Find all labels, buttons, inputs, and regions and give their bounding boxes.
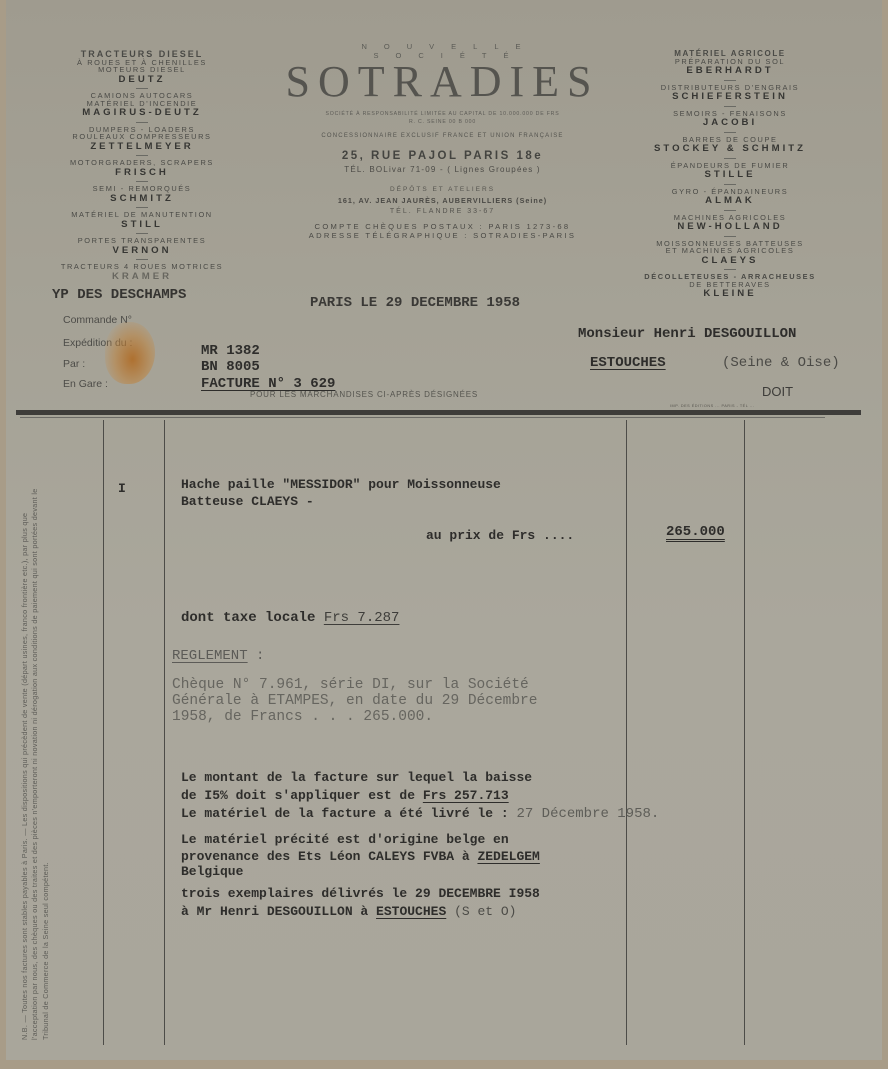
company-phone: TÉL. BOLivar 71-09 - ( Lignes Groupées ) [270,165,615,174]
brand-vernon: Portes transparentes VERNON [52,237,232,255]
brand-stockey-schmitz: Barres de coupe STOCKEY & SCHMITZ [640,136,820,154]
brand-new-holland: Machines agricoles NEW-HOLLAND [640,214,820,232]
label-en-gare: En Gare : [63,378,108,390]
separator [136,88,148,89]
brand-claeys: Moissonneuses batteuses et machines agri… [640,240,820,265]
separator [724,158,736,159]
brand-stille: Épandeurs de fumier STILLE [640,162,820,180]
legal-info: SOCIÉTÉ À RESPONSABILITÉ LIMITÉE AU CAPI… [270,111,615,127]
separator [724,106,736,107]
brand-eberhardt: Matériel agricole préparation du sol EBE… [640,50,820,76]
right-brand-list: Matériel agricole préparation du sol EBE… [640,50,820,303]
brand-kleine: Décolleteuses - Arracheuses de betterave… [640,273,820,298]
separator [136,155,148,156]
line-item-quantity: I [118,481,126,496]
invoice-subtitle: POUR LES MARCHANDISES CI-APRÈS DÉSIGNÉES [250,390,478,399]
separator [724,269,736,270]
line-item-description-2: Batteuse CLAEYS - [181,494,314,509]
brand-jacobi: Semoirs - Fenaisons JACOBI [640,110,820,128]
header-divider-thin [20,417,825,418]
separator [724,236,736,237]
local-tax-amount: Frs 7.287 [324,610,400,626]
postal-account: COMPTE CHÈQUES POSTAUX : PARIS 1273-68 A… [270,222,615,241]
brand-schieferstein: Distributeurs d'engrais SCHIEFERSTEIN [640,84,820,102]
line-item-description-1: Hache paille "MESSIDOR" pour Moissonneus… [181,477,501,492]
separator [724,80,736,81]
delivery-date: 27 Décembre 1958. [516,806,659,822]
brand-magirus: Camions Autocars Matériel d'incendie MAG… [52,92,232,117]
invoice-date: PARIS LE 29 DECEMBRE 1958 [310,295,520,311]
doit-label: DOIT [762,384,793,399]
note-line-1: Le montant de la facture sur lequel la b… [181,770,532,785]
separator [724,132,736,133]
printer-credit: IMP. DES ÉDITIONS ... PARIS - TÉL ... [670,404,754,408]
depots-phone: TÉL. FLANDRE 33-67 [270,208,615,215]
note-line-8: à Mr Henri DESGOUILLON à ESTOUCHES (S et… [181,903,516,919]
depots-title: DÉPÔTS ET ATELIERS [270,186,615,193]
recipient-name: Monsieur Henri DESGOUILLON [578,326,796,342]
column-line-qty-right [164,420,165,1045]
column-line-qty-left [103,420,104,1045]
margin-conditions-note: N.B. — Toutes nos factures sont stables … [20,480,51,1040]
ref-mr: MR 1382 [201,343,260,359]
company-header: NOUVELLE SOCIÉTÉ SOTRADIES SOCIÉTÉ À RES… [270,42,615,241]
separator [136,207,148,208]
company-logo: SOTRADIES [270,60,615,104]
origin-place: ZEDELGEM [477,849,539,864]
left-brand-list: Tracteurs Diesel à roues et à chenilles … [52,50,232,285]
brand-almak: Gyro - Épandaineurs ALMAK [640,188,820,206]
header-divider [16,410,861,415]
note-line-4: Le matériel précité est d'origine belge … [181,832,509,847]
payment-line-2: Générale à ETAMPES, en date du 29 Décemb… [172,693,537,709]
discount-base-amount: Frs 257.713 [423,788,509,803]
brand-kramer: Tracteurs 4 roues motrices KRAMER [52,263,232,281]
note-line-5: provenance des Ets Léon CALEYS FVBA à ZE… [181,848,540,864]
depots-address: 161, AV. JEAN JAURÈS, AUBERVILLIERS (Sei… [270,196,615,205]
separator [724,184,736,185]
recipient-region: (Seine & Oise) [722,355,840,371]
separator [724,210,736,211]
note-line-6: Belgique [181,864,243,879]
concession-line: CONCESSIONNAIRE EXCLUSIF FRANCE ET UNION… [270,133,615,139]
separator [136,181,148,182]
local-tax: dont taxe locale Frs 7.287 [181,608,399,626]
payment-line-1: Chèque N° 7.961, série DI, sur la Sociét… [172,677,529,693]
column-line-unit-left [626,420,627,1045]
brand-still: Matériel de manutention STILL [52,211,232,229]
note-line-2: de I5% doit s'appliquer est de Frs 257.7… [181,787,509,803]
brand-frisch: Motorgraders, Scrapers FRISCH [52,159,232,177]
column-line-amount-left [744,420,745,1045]
delivery-place: ESTOUCHES [376,904,446,919]
line-item-price: 265.000 [666,524,725,540]
payment-line-3: 1958, de Francs . . . 265.000. [172,709,433,725]
brand-zettelmeyer: Dumpers - Loaders Rouleaux compresseurs … [52,126,232,151]
note-line-7: trois exemplaires délivrés le 29 DECEMBR… [181,886,540,901]
brand-schmitz: Semi - Remorqués SCHMITZ [52,185,232,203]
payment-section-title: REGLEMENT : [172,646,264,664]
company-address: 25, RUE PAJOL PARIS 18e [270,150,615,162]
sender-stamp: YP DES DESCHAMPS [52,287,186,303]
note-line-3: Le matériel de la facture a été livré le… [181,805,659,822]
separator [136,122,148,123]
separator [136,233,148,234]
brand-deutz: Tracteurs Diesel à roues et à chenilles … [52,50,232,84]
label-par: Par : [63,358,85,370]
ref-bn: BN 8005 [201,359,260,375]
line-item-price-label: au prix de Frs .... [426,528,574,543]
separator [136,259,148,260]
recipient-town: ESTOUCHES [590,355,666,371]
